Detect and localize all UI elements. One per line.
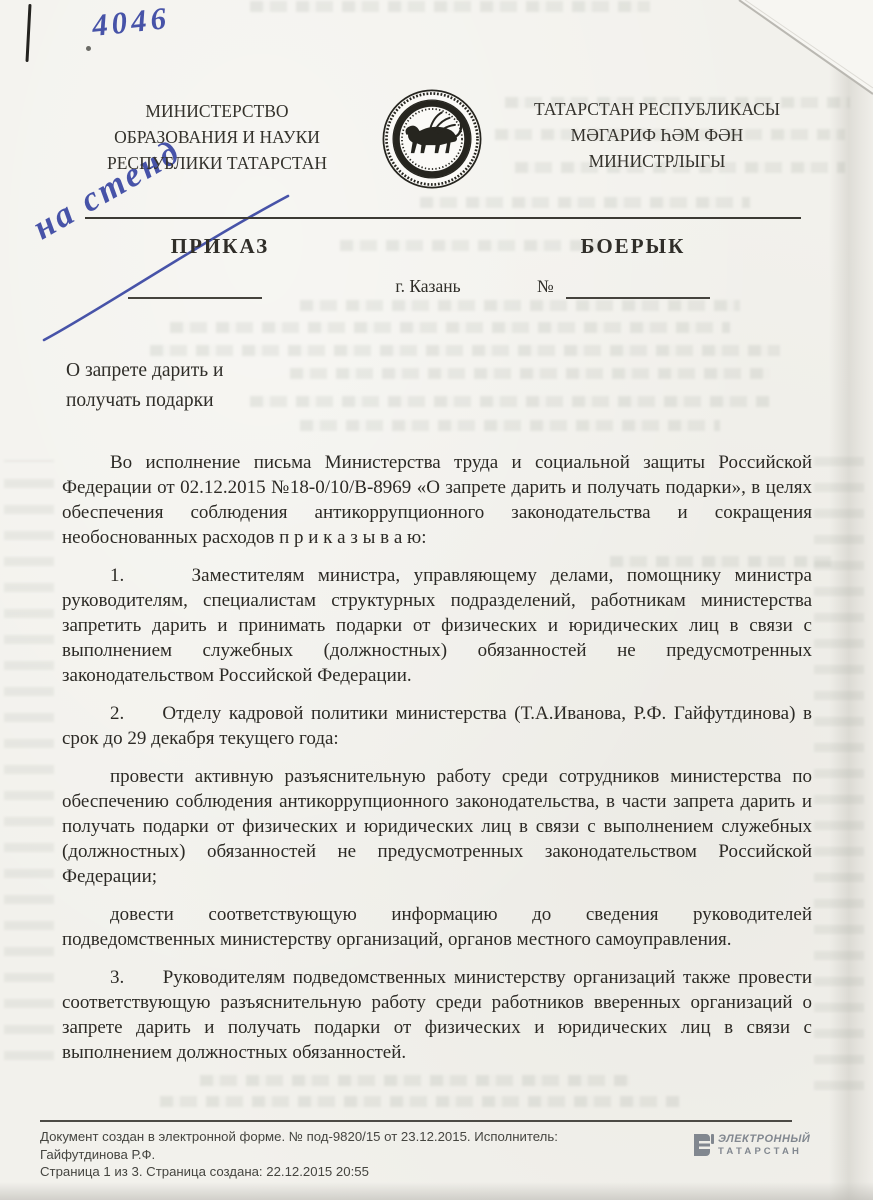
paragraph-item-2-sub-2: довести соответствующую информацию до св… <box>62 902 812 952</box>
city-label: г. Казань <box>368 276 488 297</box>
letterhead-divider-line <box>85 217 801 219</box>
logo-text-line2: ТАТАРСТАН <box>718 1146 810 1157</box>
paragraph-item-3: 3. Руководителям подведомственных минист… <box>62 965 812 1065</box>
electronic-tatarstan-logo-icon <box>692 1133 714 1157</box>
ministry-name-tatar: ТАТАРСТАН РЕСПУБЛИКАСЫ МӘГАРИФ ҺӘМ ФӘН М… <box>502 96 812 174</box>
ministry-name-russian: МИНИСТЕРСТВО ОБРАЗОВАНИЯ И НАУКИ РЕСПУБЛ… <box>62 98 372 176</box>
handwritten-registration-number: 4046 <box>90 0 171 44</box>
bleedthrough-artifact <box>814 450 864 1090</box>
ink-dot <box>86 46 91 51</box>
order-body: Во исполнение письма Министерства труда … <box>62 450 812 1078</box>
bleedthrough-artifact <box>290 368 770 379</box>
footer-metadata-line1: Документ создан в электронной форме. № п… <box>40 1128 640 1163</box>
ministry-name-russian-line1: МИНИСТЕРСТВО <box>62 98 372 124</box>
footer-metadata-line2: Страница 1 из 3. Страница создана: 22.12… <box>40 1163 640 1181</box>
paragraph-item-2: 2. Отделу кадровой политики министерства… <box>62 701 812 751</box>
logo-text-line1: ЭЛЕКТРОННЫЙ <box>718 1133 810 1145</box>
scanned-order-document: 4046 на стенд МИНИСТЕРСТВО ОБРАЗОВАНИЯ И… <box>0 0 873 1200</box>
ministry-name-tatar-line1: ТАТАРСТАН РЕСПУБЛИКАСЫ <box>502 96 812 122</box>
ministry-name-tatar-line3: МИНИСТРЛЫГЫ <box>502 148 812 174</box>
paragraph-item-2-sub-1: провести активную разъяснительную работу… <box>62 764 812 889</box>
order-title-tatar: БОЕРЫК <box>553 234 713 259</box>
scan-edge-shadow-bottom <box>0 1182 873 1200</box>
footer-divider-line <box>40 1120 792 1122</box>
tatarstan-coat-of-arms-emblem: ТАТАРСТАН <box>379 86 485 192</box>
order-subject-line1: О запрете дарить и <box>66 356 223 386</box>
bleedthrough-artifact <box>170 322 730 333</box>
bleedthrough-artifact <box>160 1096 680 1107</box>
electronic-tatarstan-logo: ЭЛЕКТРОННЫЙ ТАТАРСТАН <box>692 1133 810 1157</box>
date-blank-line <box>128 297 262 299</box>
order-title-russian: ПРИКАЗ <box>140 234 300 259</box>
paragraph-item-1: 1. Заместителям министра, управляющему д… <box>62 563 812 688</box>
bleedthrough-artifact <box>420 197 750 208</box>
bleedthrough-artifact <box>300 300 740 311</box>
bleedthrough-artifact <box>4 460 54 1060</box>
ministry-name-russian-line3: РЕСПУБЛИКИ ТАТАРСТАН <box>62 150 372 176</box>
order-subject: О запрете дарить и получать подарки <box>66 356 223 416</box>
order-subject-line2: получать подарки <box>66 386 223 416</box>
ministry-name-tatar-line2: МӘГАРИФ ҺӘМ ФӘН <box>502 122 812 148</box>
order-number-label: № <box>537 276 554 297</box>
pen-mark <box>25 4 31 62</box>
bleedthrough-artifact <box>250 396 770 407</box>
footer-metadata: Документ создан в электронной форме. № п… <box>40 1128 640 1181</box>
bleedthrough-artifact <box>150 345 780 356</box>
bleedthrough-artifact <box>300 420 720 431</box>
bleedthrough-artifact <box>250 1 650 12</box>
ministry-name-russian-line2: ОБРАЗОВАНИЯ И НАУКИ <box>62 124 372 150</box>
paragraph-preamble: Во исполнение письма Министерства труда … <box>62 450 812 550</box>
order-number-blank-line <box>566 297 710 299</box>
